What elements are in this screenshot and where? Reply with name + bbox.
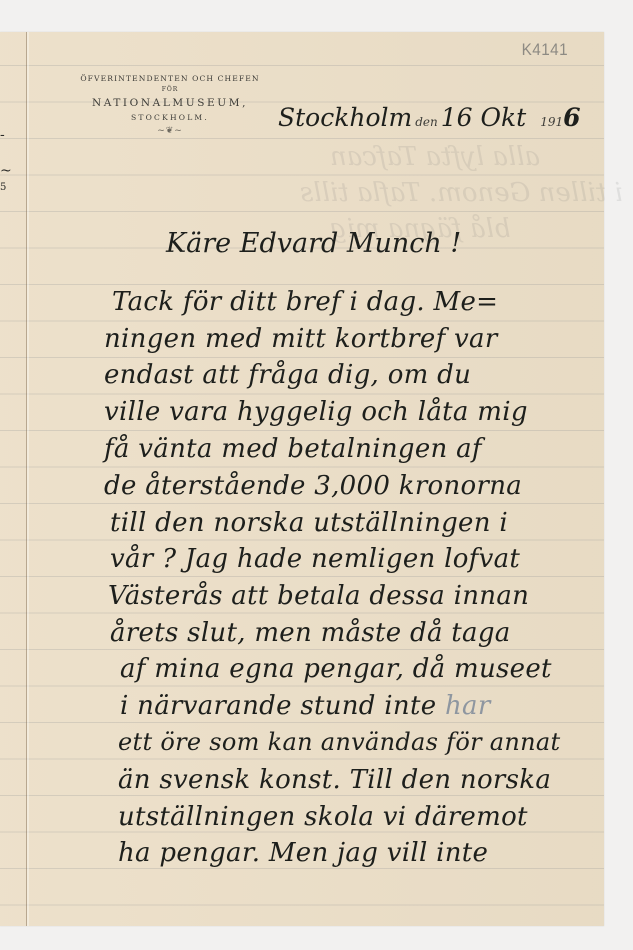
body-line-text: i närvarande stund inte: [120, 691, 445, 721]
dateline-den: den: [415, 115, 438, 129]
body-line: utställningen skola vi däremot: [118, 802, 528, 832]
body-line: ett öre som kan användas för annat: [118, 728, 560, 756]
body-line: Tack för ditt bref i dag. Me=: [112, 287, 498, 317]
body-line: årets slut, men måste då taga: [110, 618, 511, 648]
letter-page: alla lyfta Tafcan i tillen Genom. Tafla …: [0, 32, 604, 926]
salutation: Käre Edvard Munch !: [166, 228, 461, 259]
letterhead-for: FÖR: [55, 85, 285, 95]
body-line: i närvarande stund inte har: [120, 691, 491, 721]
body-line: ville vara hyggelig och låta mig: [104, 397, 528, 427]
dateline-place: Stockholm: [278, 103, 412, 132]
letterhead-city: STOCKHOLM.: [55, 111, 285, 124]
body-line: till den norska utställningen i: [110, 508, 508, 538]
dateline-year-printed: 191: [540, 115, 563, 129]
fold-highlight: [27, 32, 29, 926]
letterhead: ÖFVERINTENDENTEN OCH CHEFEN FÖR NATIONAL…: [55, 73, 285, 138]
body-line: vår ? Jag hade nemligen lofvat: [110, 544, 520, 574]
ornament-icon: ~❦~: [55, 124, 285, 138]
letterhead-title: ÖFVERINTENDENTEN OCH CHEFEN: [55, 73, 285, 85]
scan-background: alla lyfta Tafcan i tillen Genom. Tafla …: [0, 0, 633, 950]
body-line: Västerås att betala dessa innan: [108, 581, 529, 611]
body-line: ningen med mitt kortbref var: [104, 324, 498, 354]
margin-mark: -: [0, 127, 5, 143]
body-line: ha pengar. Men jag vill inte: [118, 838, 488, 868]
dateline-year-handwritten: 6: [563, 103, 580, 132]
dateline-day-month: 16 Okt: [441, 103, 526, 132]
body-line: de återstående 3,000 kronorna: [104, 471, 522, 501]
letterhead-institution: NATIONALMUSEUM,: [55, 95, 285, 111]
body-line: än svensk konst. Till den norska: [118, 765, 551, 795]
bleed-through-text: i tillen Genom. Tafla tills: [300, 178, 623, 208]
margin-mark: ~: [0, 163, 12, 179]
body-line: endast att fråga dig, om du: [104, 360, 471, 390]
faded-word: har: [445, 691, 491, 721]
body-line: få vänta med betalningen af: [104, 434, 482, 464]
body-line: af mina egna pengar, då museet: [120, 654, 552, 684]
bleed-through-text: alla lyfta Tafcan: [330, 142, 540, 172]
archive-number: K4141: [522, 40, 569, 60]
dateline: Stockholmden16 Okt1916: [278, 103, 581, 132]
margin-mark: 5: [0, 182, 6, 193]
